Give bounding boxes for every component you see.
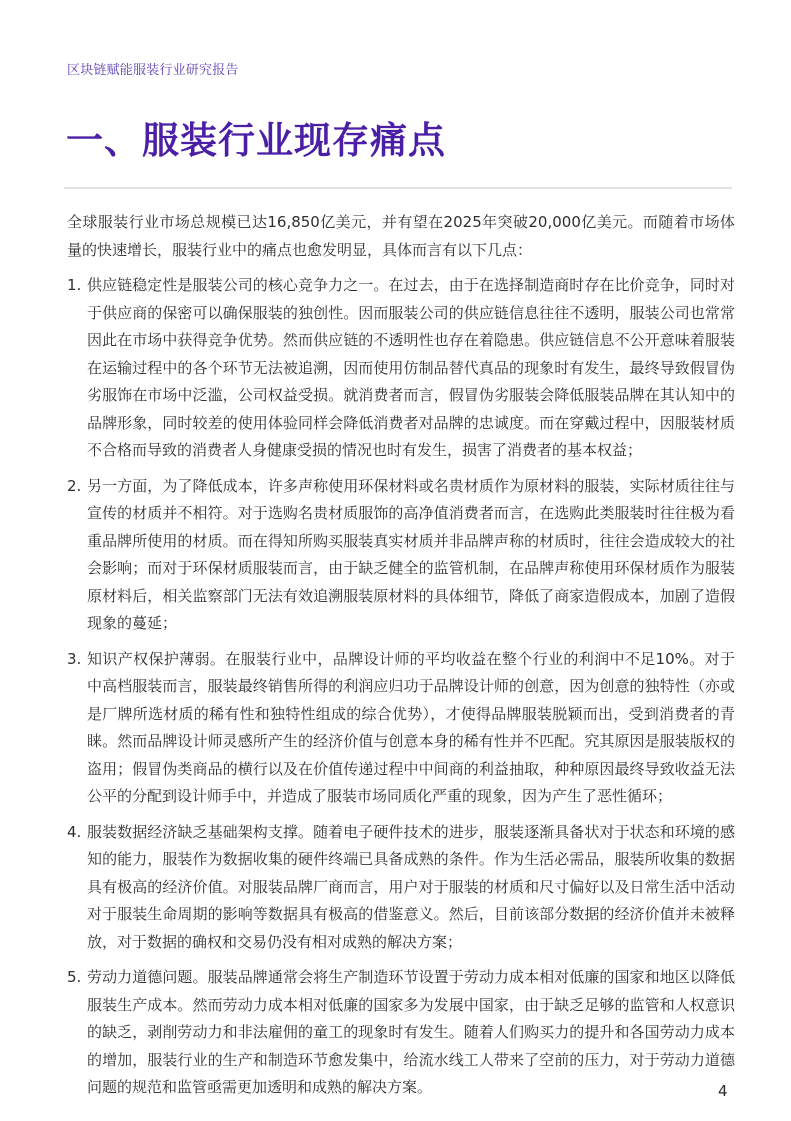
list-item: 4. 服装数据经济缺乏基础架构支撑。随着电子硬件技术的进步，服装逐渐具备状对于状… (67, 819, 735, 957)
list-item: 3. 知识产权保护薄弱。在服装行业中，品牌设计师的平均收益在整个行业的利润中不足… (67, 646, 735, 811)
list-item-text: 服装数据经济缺乏基础架构支撑。随着电子硬件技术的进步，服装逐渐具备状对于状态和环… (87, 823, 735, 951)
list-item-number: 1. (67, 272, 81, 300)
list-item: 1. 供应链稳定性是服装公司的核心竞争力之一。在过去，由于在选择制造商时存在比价… (67, 272, 735, 465)
list-item-number: 3. (67, 646, 81, 674)
page-title: 一、服装行业现存痛点 (66, 117, 446, 165)
list-item-number: 5. (67, 964, 81, 992)
list-item-text: 另一方面，为了降低成本，许多声称使用环保材料或名贵材质作为原材料的服装，实际材质… (87, 477, 735, 633)
page-number: 4 (718, 1082, 728, 1100)
pain-points-list: 1. 供应链稳定性是服装公司的核心竞争力之一。在过去，由于在选择制造商时存在比价… (67, 272, 735, 1102)
running-header: 区块链赋能服装行业研究报告 (67, 59, 239, 78)
title-divider (64, 187, 732, 189)
list-item: 5. 劳动力道德问题。服装品牌通常会将生产制造环节设置于劳动力成本相对低廉的国家… (67, 964, 735, 1102)
list-item: 2. 另一方面，为了降低成本，许多声称使用环保材料或名贵材质作为原材料的服装，实… (67, 473, 735, 638)
list-item-number: 4. (67, 819, 81, 847)
list-item-text: 知识产权保护薄弱。在服装行业中，品牌设计师的平均收益在整个行业的利润中不足10%… (87, 650, 735, 806)
intro-paragraph: 全球服装行业市场总规模已达16,850亿美元，并有望在2025年突破20,000… (67, 209, 735, 264)
list-item-text: 劳动力道德问题。服装品牌通常会将生产制造环节设置于劳动力成本相对低廉的国家和地区… (87, 968, 735, 1096)
list-item-text: 供应链稳定性是服装公司的核心竞争力之一。在过去，由于在选择制造商时存在比价竞争，… (87, 276, 735, 459)
section-content: 全球服装行业市场总规模已达16,850亿美元，并有望在2025年突破20,000… (67, 209, 735, 1110)
list-item-number: 2. (67, 473, 81, 501)
